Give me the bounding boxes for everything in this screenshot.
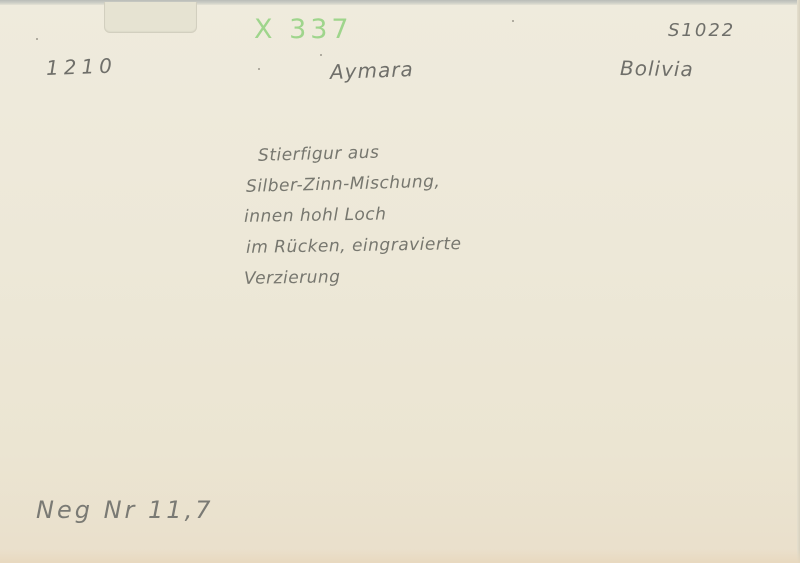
country-label: Bolivia — [620, 56, 694, 81]
paper-speck — [320, 54, 322, 56]
paper-speck — [512, 20, 514, 22]
paper-speck — [36, 38, 38, 40]
card-bottom-edge — [0, 549, 800, 563]
object-description: Stierfigur aus Silber-Zinn-Mischung, inn… — [244, 138, 460, 293]
green-inventory-number: X 337 — [254, 14, 353, 45]
description-line: innen hohl Loch — [244, 198, 460, 233]
catalog-number: 1210 — [46, 54, 118, 80]
index-tab-imprint — [104, 2, 197, 33]
description-line: Verzierung — [244, 260, 460, 295]
description-line: im Rücken, eingravierte — [246, 229, 462, 264]
description-line: Silber-Zinn-Mischung, — [246, 166, 462, 203]
archive-id: S1022 — [668, 20, 735, 41]
negative-number: Neg Nr 11,7 — [36, 496, 213, 524]
paper-speck — [258, 68, 260, 70]
culture-label: Aymara — [330, 57, 415, 84]
archive-card: X 337 S1022 1210 Aymara Bolivia Stierfig… — [0, 0, 800, 563]
